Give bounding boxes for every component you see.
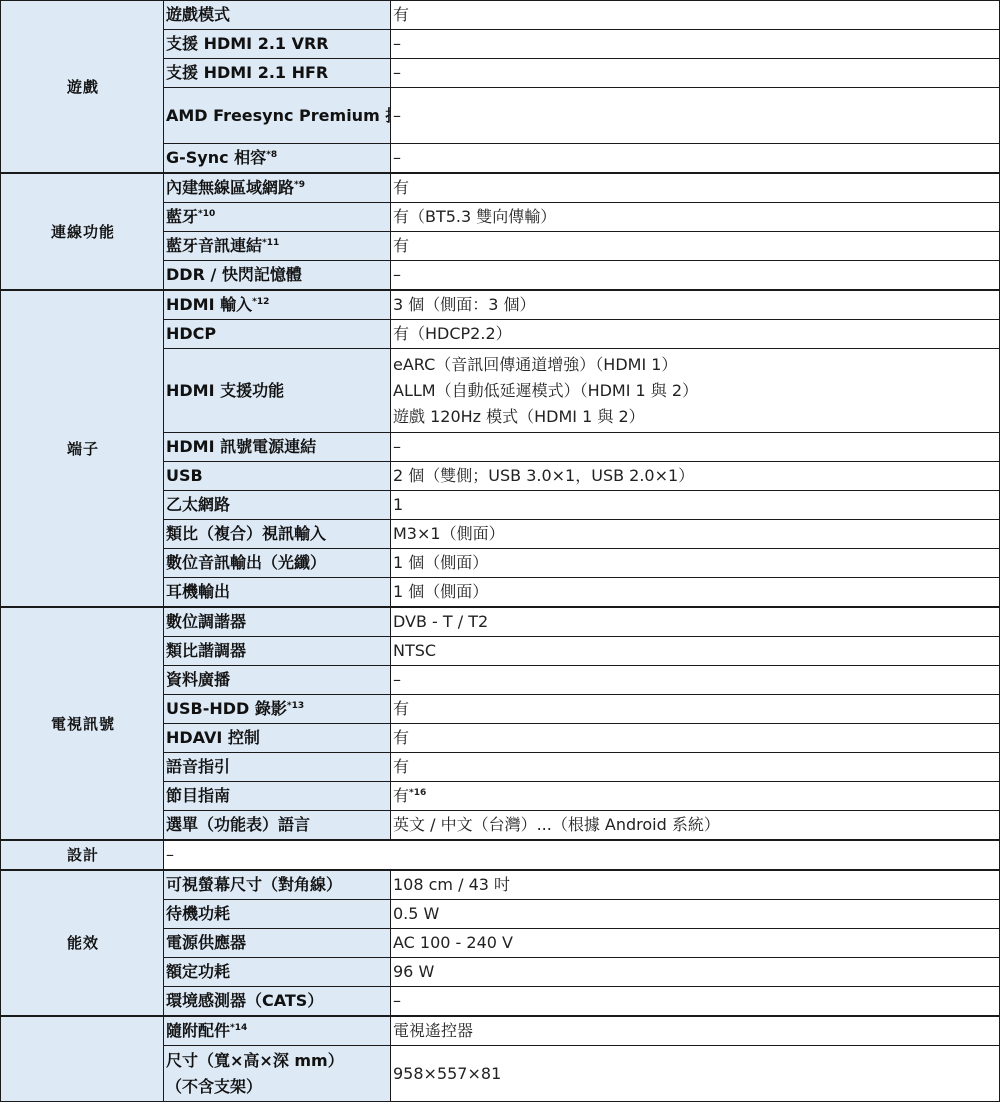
label-line: 尺寸（寬×高×深 mm） [166, 1048, 390, 1074]
spec-label: HDMI 支援功能 [164, 349, 391, 433]
spec-value: M3×1（側面） [391, 520, 1000, 549]
spec-label: USB-HDD 錄影*13 [164, 695, 391, 724]
spec-label: 可視螢幕尺寸（對角線） [164, 870, 391, 900]
spec-label: 節目指南 [164, 782, 391, 811]
spec-value: – [391, 59, 1000, 88]
label-line: （不含支架） [166, 1074, 390, 1100]
spec-value: 有（BT5.3 雙向傳輸） [391, 203, 1000, 232]
spec-label: 電源供應器 [164, 929, 391, 958]
spec-label: 藍牙音訊連結*11 [164, 232, 391, 261]
table-row: 能效 可視螢幕尺寸（對角線） 108 cm / 43 吋 [1, 870, 1000, 900]
spec-label: G-Sync 相容*8 [164, 144, 391, 174]
spec-label: 待機功耗 [164, 900, 391, 929]
category-cell: 電視訊號 [1, 607, 164, 840]
footnote-marker: *9 [294, 180, 305, 190]
category-cell: 端子 [1, 290, 164, 607]
category-cell: 連線功能 [1, 173, 164, 290]
spec-label: HDAVI 控制 [164, 724, 391, 753]
value-line: 遊戲 120Hz 模式（HDMI 1 與 2） [393, 404, 999, 430]
spec-label: 支援 HDMI 2.1 VRR [164, 30, 391, 59]
spec-value: – [391, 30, 1000, 59]
spec-value: 有（HDCP2.2） [391, 320, 1000, 349]
spec-label: 額定功耗 [164, 958, 391, 987]
spec-value: 有 [391, 724, 1000, 753]
spec-value: – [391, 666, 1000, 695]
value-line: eARC（音訊回傳通道增強）（HDMI 1） [393, 352, 999, 378]
spec-value: 2 個（雙側；USB 3.0×1，USB 2.0×1） [391, 462, 1000, 491]
spec-value: 有 [391, 173, 1000, 203]
spec-value: NTSC [391, 637, 1000, 666]
spec-table: 遊戲 遊戲模式 有 支援 HDMI 2.1 VRR – 支援 HDMI 2.1 … [0, 0, 1000, 1102]
spec-label: 乙太網路 [164, 491, 391, 520]
spec-value: – [391, 987, 1000, 1017]
spec-value: – [391, 261, 1000, 291]
spec-value: – [391, 144, 1000, 174]
footnote-marker: *13 [287, 701, 304, 711]
category-cell: 遊戲 [1, 0, 164, 173]
spec-value: 1 個（側面） [391, 549, 1000, 578]
spec-label: 藍牙*10 [164, 203, 391, 232]
spec-label: 隨附配件*14 [164, 1016, 391, 1046]
spec-label: DDR / 快閃記憶體 [164, 261, 391, 291]
spec-label: USB [164, 462, 391, 491]
footnote-marker: *10 [198, 209, 215, 219]
spec-value: – [164, 840, 1000, 870]
spec-label: 數位音訊輸出（光纖） [164, 549, 391, 578]
spec-value: – [391, 433, 1000, 462]
spec-value: 有 [391, 232, 1000, 261]
spec-value: 1 [391, 491, 1000, 520]
spec-value: AC 100 - 240 V [391, 929, 1000, 958]
spec-value: eARC（音訊回傳通道增強）（HDMI 1） ALLM（自動低延遲模式）（HDM… [391, 349, 1000, 433]
footnote-marker: *11 [262, 238, 279, 248]
spec-value: 有*16 [391, 782, 1000, 811]
spec-label: 選單（功能表）語言 [164, 811, 391, 841]
spec-label: 內建無線區域網路*9 [164, 173, 391, 203]
category-cell: 設計 [1, 840, 164, 870]
spec-value: 電視遙控器 [391, 1016, 1000, 1046]
table-row: 端子 HDMI 輸入*12 3 個（側面：3 個） [1, 290, 1000, 320]
footnote-marker: *14 [230, 1023, 247, 1033]
category-cell [1, 1016, 164, 1102]
spec-label: HDCP [164, 320, 391, 349]
table-row: 隨附配件*14 電視遙控器 [1, 1016, 1000, 1046]
footnote-marker: *12 [252, 297, 269, 307]
spec-value: 96 W [391, 958, 1000, 987]
spec-label: 耳機輸出 [164, 578, 391, 608]
category-cell: 能效 [1, 870, 164, 1016]
table-row: 設計 – [1, 840, 1000, 870]
spec-value: 0.5 W [391, 900, 1000, 929]
spec-label: 語音指引 [164, 753, 391, 782]
spec-label: 遊戲模式 [164, 0, 391, 30]
spec-value: 958×557×81 [391, 1046, 1000, 1102]
table-row: 電視訊號 數位調諧器 DVB - T / T2 [1, 607, 1000, 637]
table-row: 連線功能 內建無線區域網路*9 有 [1, 173, 1000, 203]
spec-value: 有 [391, 0, 1000, 30]
spec-label: 類比（複合）視訊輸入 [164, 520, 391, 549]
spec-value: DVB - T / T2 [391, 607, 1000, 637]
spec-value: 有 [391, 753, 1000, 782]
spec-label: HDMI 輸入*12 [164, 290, 391, 320]
spec-label: AMD Freesync Premium 技術*7 [164, 88, 391, 144]
spec-value: – [391, 88, 1000, 144]
spec-value: 3 個（側面：3 個） [391, 290, 1000, 320]
spec-value: 1 個（側面） [391, 578, 1000, 608]
spec-label: 尺寸（寬×高×深 mm） （不含支架） [164, 1046, 391, 1102]
spec-value: 有 [391, 695, 1000, 724]
spec-label: 資料廣播 [164, 666, 391, 695]
spec-label: 類比諧調器 [164, 637, 391, 666]
spec-value: 英文 / 中文（台灣）...（根據 Android 系統） [391, 811, 1000, 841]
spec-label: HDMI 訊號電源連結 [164, 433, 391, 462]
value-line: ALLM（自動低延遲模式）（HDMI 1 與 2） [393, 378, 999, 404]
footnote-marker: *8 [266, 150, 277, 160]
footnote-marker: *16 [409, 788, 426, 798]
table-row: 遊戲 遊戲模式 有 [1, 0, 1000, 30]
spec-label: 數位調諧器 [164, 607, 391, 637]
spec-label: 環境感測器（CATS） [164, 987, 391, 1017]
spec-label: 支援 HDMI 2.1 HFR [164, 59, 391, 88]
spec-value: 108 cm / 43 吋 [391, 870, 1000, 900]
